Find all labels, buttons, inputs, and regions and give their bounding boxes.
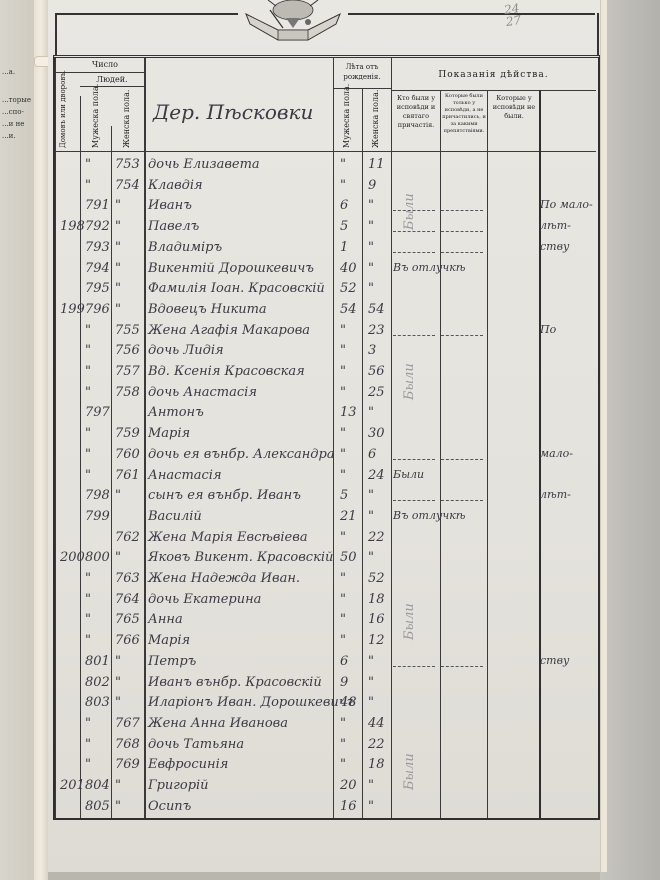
cell-female-no: " xyxy=(115,654,121,669)
prev-page-fragment: ...и не xyxy=(2,120,28,129)
cell-female-no: 755 xyxy=(115,323,140,338)
cell-age-m: " xyxy=(340,468,346,483)
cell-age-m: 52 xyxy=(340,281,357,296)
cell-male-no: 798 xyxy=(85,488,110,503)
cell-male-no: 803 xyxy=(85,695,110,710)
cell-age-f: " xyxy=(368,799,374,814)
cell-name: дочь Лидія xyxy=(148,343,224,358)
cell-name: Василій xyxy=(148,509,202,524)
cell-confessed: Въ отлучкѣ xyxy=(393,261,465,274)
cell-age-f: 24 xyxy=(368,468,385,483)
cell-age-f: 56 xyxy=(368,364,385,379)
cell-female-no: " xyxy=(115,219,121,234)
cell-male-no: " xyxy=(85,592,91,607)
cell-female-no: 767 xyxy=(115,716,140,731)
cell-household: 200 xyxy=(60,550,85,565)
cell-name: Осипъ xyxy=(148,799,191,814)
cell-name: Владиміръ xyxy=(148,240,222,255)
cell-age-m: " xyxy=(340,157,346,172)
cell-age-f: " xyxy=(368,778,374,793)
cell-female-no: 756 xyxy=(115,343,140,358)
header-age: Лѣта отъ рожденія. xyxy=(333,62,391,82)
cell-male-no: " xyxy=(85,323,91,338)
header-households: Домовъ или дворовъ. xyxy=(59,68,67,148)
dash-mark xyxy=(441,500,483,501)
book-gutter xyxy=(34,0,48,880)
cell-confessed: Въ отлучкѣ xyxy=(393,509,465,522)
header-age-male: Мужеска пола. xyxy=(342,84,351,148)
cell-confessed: Были xyxy=(393,468,424,481)
cell-name: Иларіонъ Иван. Дорошкевичъ xyxy=(148,695,356,710)
desk-surface xyxy=(600,0,660,880)
vertical-note: Были xyxy=(402,193,417,230)
prev-page-fragment: ...и. xyxy=(2,132,28,141)
header-rule xyxy=(391,90,596,91)
cell-age-f: " xyxy=(368,654,374,669)
prev-page-fragment: ...а. xyxy=(2,68,28,77)
cell-age-m: " xyxy=(340,530,346,545)
cell-household: 198 xyxy=(60,219,85,234)
header-rule xyxy=(55,72,144,73)
cell-age-m: 48 xyxy=(340,695,357,710)
cell-name: сынъ ея вънбр. Иванъ xyxy=(148,488,301,503)
cell-age-f: 22 xyxy=(368,530,385,545)
header-rule xyxy=(80,86,144,87)
cell-name: Жена Анна Иванова xyxy=(148,716,288,731)
cell-age-f: " xyxy=(368,198,374,213)
cell-age-f: 25 xyxy=(368,385,385,400)
cell-male-no: " xyxy=(85,716,91,731)
cell-name: дочь Екатерина xyxy=(148,592,261,607)
dash-mark xyxy=(393,252,435,253)
cell-age-f: 23 xyxy=(368,323,385,338)
cell-female-no: " xyxy=(115,799,121,814)
cell-age-f: " xyxy=(368,695,374,710)
cell-female-no: 762 xyxy=(115,530,140,545)
dash-mark xyxy=(393,459,435,460)
cell-male-no: " xyxy=(85,612,91,627)
header-number: Число xyxy=(75,60,135,70)
village-title: Дер. Пѣсковки xyxy=(153,100,313,124)
cell-age-f: " xyxy=(368,509,374,524)
cell-age-f: 6 xyxy=(368,447,376,462)
cell-female-no: 763 xyxy=(115,571,140,586)
cell-name: Вд. Ксенія Красовская xyxy=(148,364,305,379)
dash-mark xyxy=(441,231,483,232)
cell-age-f: 52 xyxy=(368,571,385,586)
vertical-note: Были xyxy=(402,603,417,640)
cell-male-no: " xyxy=(85,737,91,752)
header-confession: Показанія дѣйства. xyxy=(391,70,596,80)
cell-name: Марія xyxy=(148,633,190,648)
cell-not: По xyxy=(540,323,556,336)
dash-mark xyxy=(441,459,483,460)
header-male: Мужеска пола. xyxy=(91,84,100,148)
prev-page-fragment: ...торые xyxy=(2,96,28,105)
cell-age-m: " xyxy=(340,178,346,193)
dash-mark xyxy=(441,666,483,667)
cell-age-f: 11 xyxy=(368,157,385,172)
cell-male-no: " xyxy=(85,447,91,462)
cell-age-m: 50 xyxy=(340,550,357,565)
cell-not: лѣт- xyxy=(540,488,571,501)
cell-not: ству xyxy=(540,654,569,667)
cell-female-no: " xyxy=(115,240,121,255)
cell-name: Иванъ xyxy=(148,198,192,213)
cell-male-no: 801 xyxy=(85,654,110,669)
cell-male-no: " xyxy=(85,571,91,586)
cell-female-no: 761 xyxy=(115,468,140,483)
col-divider xyxy=(144,58,146,818)
cell-age-m: " xyxy=(340,426,346,441)
cell-female-no: " xyxy=(115,488,121,503)
cell-age-m: " xyxy=(340,323,346,338)
cell-age-m: " xyxy=(340,571,346,586)
col-divider xyxy=(440,90,441,818)
cell-age-m: 40 xyxy=(340,261,357,276)
cell-age-m: " xyxy=(340,612,346,627)
cell-not: мало- xyxy=(540,447,573,460)
cell-male-no: " xyxy=(85,364,91,379)
cell-name: Фамилія Іоан. Красовскій xyxy=(148,281,325,296)
cell-name: Иванъ вънбр. Красовскій xyxy=(148,675,322,690)
cell-name: дочь Анастасія xyxy=(148,385,257,400)
cell-age-f: " xyxy=(368,550,374,565)
col-divider xyxy=(391,58,392,818)
cell-age-f: 44 xyxy=(368,716,385,731)
cell-age-m: " xyxy=(340,592,346,607)
cell-household: 199 xyxy=(60,302,85,317)
cell-name: дочь Елизавета xyxy=(148,157,260,172)
dash-mark xyxy=(393,500,435,501)
cell-age-f: 18 xyxy=(368,592,385,607)
cell-male-no: " xyxy=(85,157,91,172)
cell-female-no: 758 xyxy=(115,385,140,400)
dash-mark xyxy=(441,335,483,336)
header-only-confessed: Которые были только у исповѣди, а не при… xyxy=(441,93,487,135)
cell-female-no: 753 xyxy=(115,157,140,172)
cell-age-m: " xyxy=(340,385,346,400)
cell-male-no: 793 xyxy=(85,240,110,255)
cell-age-m: 13 xyxy=(340,405,357,420)
cell-male-no: " xyxy=(85,468,91,483)
cell-age-m: 16 xyxy=(340,799,357,814)
header-people: Людей. xyxy=(80,75,144,85)
cell-age-m: " xyxy=(340,716,346,731)
prev-page-fragment: ...спо- xyxy=(2,108,28,117)
cell-age-m: 1 xyxy=(340,240,348,255)
dash-mark xyxy=(393,666,435,667)
cell-age-m: 5 xyxy=(340,488,348,503)
cell-name: Марія xyxy=(148,426,190,441)
cell-name: Клавдія xyxy=(148,178,203,193)
cell-female-no: 757 xyxy=(115,364,140,379)
cell-name: Викентій Дорошкевичъ xyxy=(148,261,314,276)
cell-female-no: " xyxy=(115,778,121,793)
cell-female-no: 768 xyxy=(115,737,140,752)
cell-age-m: 9 xyxy=(340,675,348,690)
cell-name: дочь Татьяна xyxy=(148,737,244,752)
col-divider xyxy=(362,88,363,818)
cell-male-no: 802 xyxy=(85,675,110,690)
cell-age-f: 18 xyxy=(368,757,385,772)
cell-age-m: 6 xyxy=(340,198,348,213)
cell-age-f: " xyxy=(368,488,374,503)
vertical-note: Были xyxy=(402,363,417,400)
cell-female-no: 759 xyxy=(115,426,140,441)
cell-male-no: " xyxy=(85,343,91,358)
cell-household: 201 xyxy=(60,778,85,793)
dash-mark xyxy=(393,335,435,336)
cell-age-m: 5 xyxy=(340,219,348,234)
cell-name: Жена Агафія Макарова xyxy=(148,323,310,338)
cell-female-no: " xyxy=(115,281,121,296)
cell-female-no: " xyxy=(115,695,121,710)
cell-female-no: " xyxy=(115,302,121,317)
cell-female-no: " xyxy=(115,261,121,276)
vertical-note: Были xyxy=(402,753,417,790)
cell-male-no: 799 xyxy=(85,509,110,524)
dash-mark xyxy=(393,231,435,232)
cell-female-no: 766 xyxy=(115,633,140,648)
cell-age-m: 54 xyxy=(340,302,357,317)
cell-age-f: " xyxy=(368,675,374,690)
cell-not: лѣт- xyxy=(540,219,571,232)
imperial-crest-icon xyxy=(238,0,348,42)
cell-female-no: 765 xyxy=(115,612,140,627)
cell-male-no: " xyxy=(85,757,91,772)
cell-female-no: 769 xyxy=(115,757,140,772)
cell-age-m: 21 xyxy=(340,509,357,524)
dash-mark xyxy=(441,252,483,253)
cell-age-m: 6 xyxy=(340,654,348,669)
cell-not: ству xyxy=(540,240,569,253)
page-stack-edge xyxy=(600,0,607,872)
cell-age-f: 9 xyxy=(368,178,376,193)
cell-age-f: " xyxy=(368,281,374,296)
col-divider xyxy=(487,90,488,818)
cell-name: дочь ея вънбр. Александра xyxy=(148,447,335,462)
cell-male-no: 791 xyxy=(85,198,110,213)
cell-age-f: 54 xyxy=(368,302,385,317)
cell-male-no: 796 xyxy=(85,302,110,317)
cell-age-f: 30 xyxy=(368,426,385,441)
cell-female-no: " xyxy=(115,675,121,690)
cell-female-no: 754 xyxy=(115,178,140,193)
cell-age-m: " xyxy=(340,737,346,752)
cell-age-f: 16 xyxy=(368,612,385,627)
cell-name: Вдовецъ Никита xyxy=(148,302,267,317)
cell-male-no: " xyxy=(85,178,91,193)
cell-name: Анастасія xyxy=(148,468,222,483)
page-number: 24 27 xyxy=(503,2,521,28)
cell-age-m: " xyxy=(340,343,346,358)
cell-name: Антонъ xyxy=(148,405,204,420)
cell-male-no: 797 xyxy=(85,405,110,420)
header-age-female: Женска пола. xyxy=(371,90,380,148)
cell-age-f: " xyxy=(368,219,374,234)
cell-age-m: 20 xyxy=(340,778,357,793)
cell-male-no: 800 xyxy=(85,550,110,565)
cell-age-f: " xyxy=(368,261,374,276)
header-bottom-rule xyxy=(55,151,596,152)
cell-age-f: 3 xyxy=(368,343,376,358)
cell-name: Жена Марія Евсѣвіева xyxy=(148,530,308,545)
cell-name: Петръ xyxy=(148,654,196,669)
cell-age-f: 22 xyxy=(368,737,385,752)
cell-age-m: " xyxy=(340,447,346,462)
cell-male-no: " xyxy=(85,633,91,648)
col-divider xyxy=(111,126,112,818)
cell-male-no: " xyxy=(85,385,91,400)
dash-mark xyxy=(441,210,483,211)
cell-male-no: 805 xyxy=(85,799,110,814)
cell-not: По мало- xyxy=(540,198,593,211)
cell-age-m: " xyxy=(340,757,346,772)
cell-female-no: 760 xyxy=(115,447,140,462)
col-divider xyxy=(55,58,56,818)
cell-female-no: 764 xyxy=(115,592,140,607)
cell-name: Евфросинія xyxy=(148,757,228,772)
cell-male-no: 794 xyxy=(85,261,110,276)
cell-name: Григорій xyxy=(148,778,209,793)
cell-name: Павелъ xyxy=(148,219,199,234)
cell-name: Жена Надежда Иван. xyxy=(148,571,300,586)
header-not-confessed: Которые у исповѣди не были. xyxy=(489,94,539,121)
cell-male-no: 795 xyxy=(85,281,110,296)
previous-page-edge: ...а. ...торые ...спо- ...и не ...и. xyxy=(0,0,35,880)
cell-male-no: 792 xyxy=(85,219,110,234)
cell-name: Анна xyxy=(148,612,183,627)
cell-male-no: " xyxy=(85,426,91,441)
header-confessed: Кто были у исповѣди и святаго причастія. xyxy=(392,94,440,130)
cell-age-f: " xyxy=(368,405,374,420)
cell-age-f: " xyxy=(368,240,374,255)
cell-female-no: " xyxy=(115,550,121,565)
cell-age-f: 12 xyxy=(368,633,385,648)
cell-female-no: " xyxy=(115,198,121,213)
cell-age-m: " xyxy=(340,364,346,379)
cell-name: Яковъ Викент. Красовскій xyxy=(148,550,333,565)
cell-age-m: " xyxy=(340,633,346,648)
col-divider xyxy=(80,96,81,818)
cell-male-no: 804 xyxy=(85,778,110,793)
header-female: Женска пола. xyxy=(122,90,131,148)
